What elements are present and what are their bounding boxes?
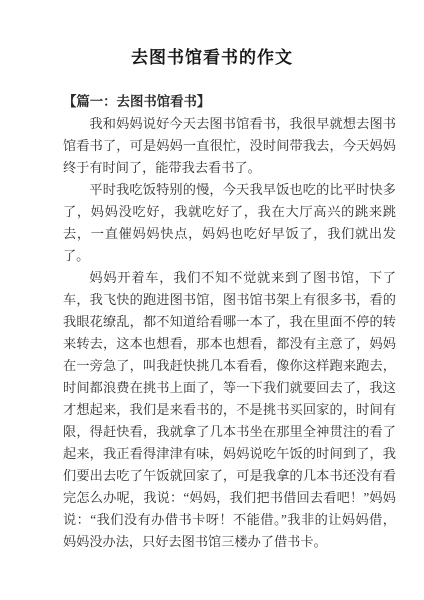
essay-paragraph-1: 我和妈妈说好今天去图书馆看书，我很早就想去图书馆看书了，可是妈妈一直很忙，没时间…: [63, 113, 396, 179]
document-page: 去图书馆看书的作文 【篇一：去图书馆看书】 我和妈妈说好今天去图书馆看书，我很早…: [0, 0, 424, 600]
document-title: 去图书馆看书的作文: [0, 44, 424, 71]
section-heading: 【篇一：去图书馆看书】: [63, 91, 396, 113]
essay-body: 【篇一：去图书馆看书】 我和妈妈说好今天去图书馆看书，我很早就想去图书馆看书了，…: [63, 91, 396, 553]
essay-paragraph-3: 妈妈开着车，我们不知不觉就来到了图书馆，下了车，我飞快的跑进图书馆，图书馆书架上…: [63, 267, 396, 553]
essay-paragraph-2: 平时我吃饭特别的慢，今天我早饭也吃的比平时快多了，妈妈没吃好，我就吃好了，我在大…: [63, 179, 396, 267]
